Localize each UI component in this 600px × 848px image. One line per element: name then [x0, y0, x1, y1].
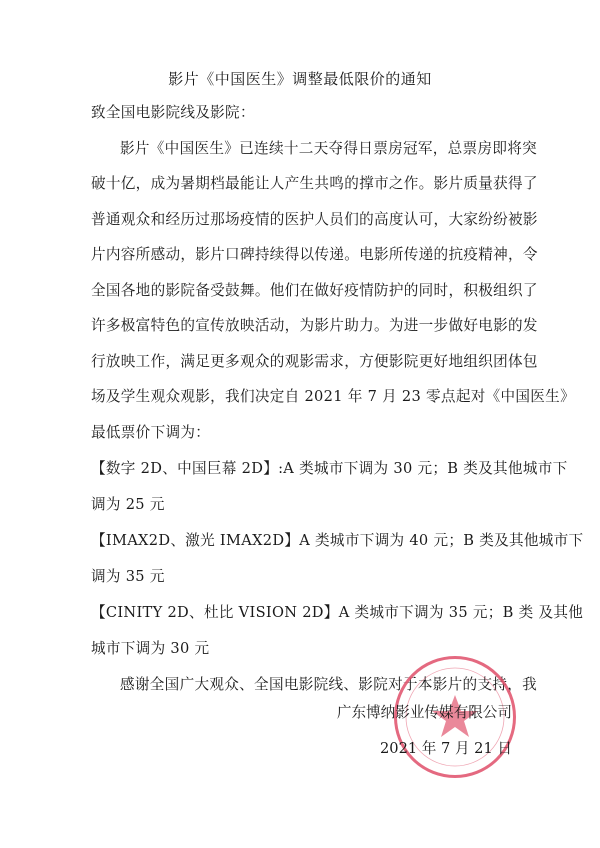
body-line: 全国各地的影院备受鼓舞。他们在做好疫情防护的同时，积极组织了 [91, 279, 511, 300]
price-item-digital-2d: 【数字 2D、中国巨幕 2D】:A 类城市下调为 30 元；B 类及其他城市下 [91, 457, 511, 478]
body-line: 场及学生观众观影，我们决定自 2021 年 7 月 23 零点起对《中国医生》 [91, 385, 511, 406]
body-line: 影片《中国医生》已连续十二天夺得日票房冠军，总票房即将突 [120, 137, 540, 158]
body-line: 许多极富特色的宣传放映活动，为影片助力。为进一步做好电影的发 [91, 314, 511, 335]
body-line: 破十亿，成为暑期档最能让人产生共鸣的撑市之作。影片质量获得了 [91, 172, 511, 193]
price-item-digital-2d-cont: 调为 25 元 [91, 493, 511, 514]
body-line: 普通观众和经历过那场疫情的医护人员们的高度认可，大家纷纷被影 [91, 208, 511, 229]
price-item-imax-2d-cont: 调为 35 元 [91, 565, 511, 586]
notice-document: 影片《中国医生》调整最低限价的通知 致全国电影院线及影院： 影片《中国医生》已连… [0, 0, 600, 848]
body-line: 最低票价下调为： [91, 421, 511, 442]
signature-company: 广东博纳影业传媒有限公司 [337, 701, 512, 722]
signature-date: 2021 年 7 月 21 日 [380, 737, 512, 758]
price-item-imax-2d: 【IMAX2D、激光 IMAX2D】A 类城市下调为 40 元；B 类及其他城市… [91, 529, 511, 550]
price-item-cinity-2d-cont: 城市下调为 30 元 [91, 637, 511, 658]
document-title: 影片《中国医生》调整最低限价的通知 [0, 68, 600, 89]
price-item-cinity-2d: 【CINITY 2D、杜比 VISION 2D】A 类城市下调为 35 元；B … [91, 601, 511, 622]
salutation: 致全国电影院线及影院： [91, 101, 511, 122]
body-line: 片内容所感动，影片口碑持续得以传递。电影所传递的抗疫精神，令 [91, 243, 511, 264]
body-line: 行放映工作，满足更多观众的观影需求，方便影院更好地组织团体包 [91, 350, 511, 371]
